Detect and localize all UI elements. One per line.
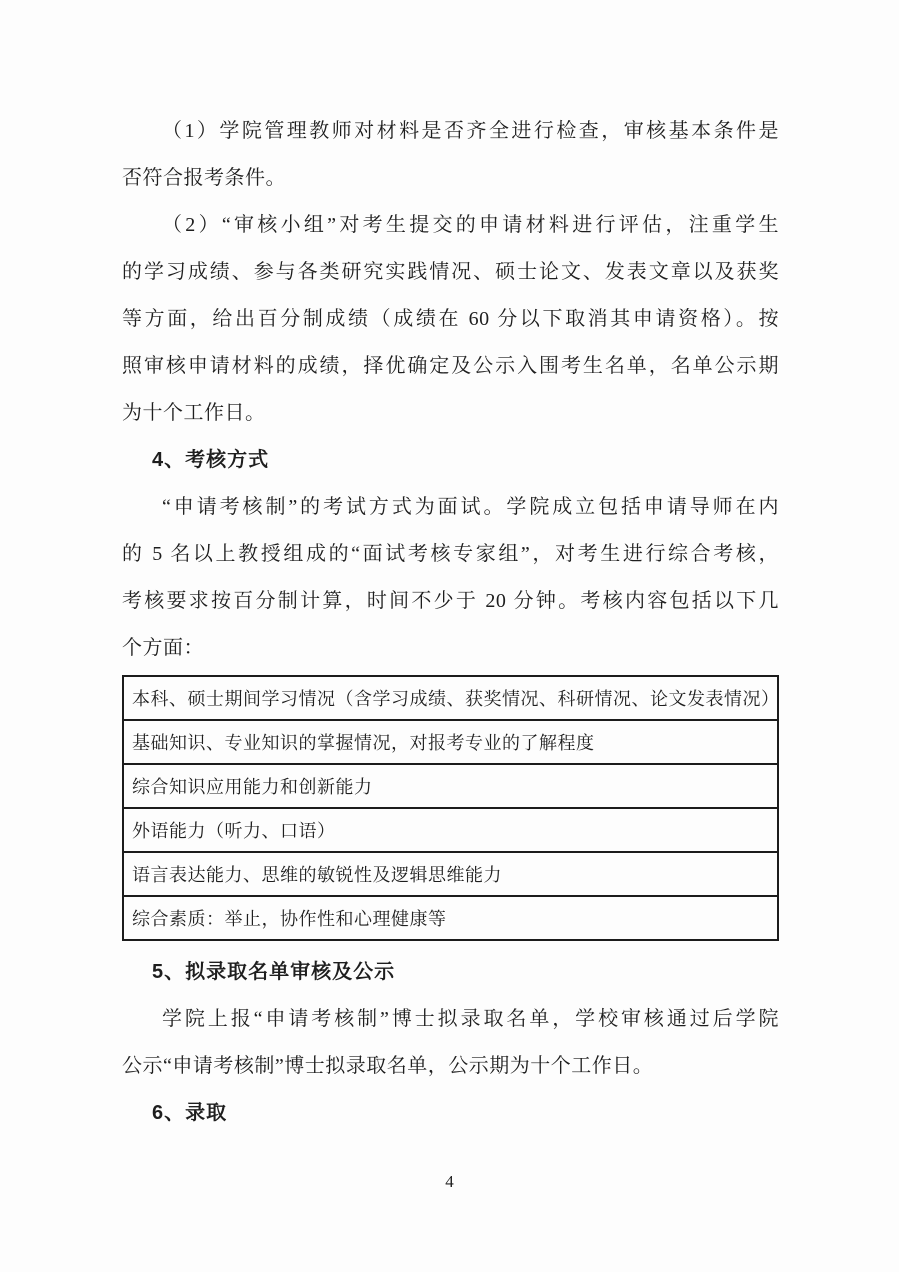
- table-cell: 外语能力（听力、口语）: [123, 808, 778, 852]
- table-cell: 语言表达能力、思维的敏锐性及逻辑思维能力: [123, 852, 778, 896]
- paragraph-1-line-1: （1）学院管理教师对材料是否齐全进行检查，审核基本条件是: [122, 108, 779, 155]
- table-cell: 综合素质：举止，协作性和心理健康等: [123, 896, 778, 940]
- section-heading-6: 6、录取: [122, 1090, 779, 1137]
- paragraph-3-line-2: 的 5 名以上教授组成的“面试考核专家组”，对考生进行综合考核，: [122, 531, 779, 578]
- section-heading-5: 5、拟录取名单审核及公示: [122, 949, 779, 996]
- table-cell: 本科、硕士期间学习情况（含学习成绩、获奖情况、科研情况、论文发表情况）: [123, 676, 778, 720]
- paragraph-2-line-2: 的学习成绩、参与各类研究实践情况、硕士论文、发表文章以及获奖: [122, 249, 779, 296]
- paragraph-2-line-1: （2）“审核小组”对考生提交的申请材料进行评估，注重学生: [122, 202, 779, 249]
- document-page: （1）学院管理教师对材料是否齐全进行检查，审核基本条件是 否符合报考条件。 （2…: [122, 108, 779, 1137]
- paragraph-3-line-3: 考核要求按百分制计算，时间不少于 20 分钟。考核内容包括以下几: [122, 578, 779, 625]
- table-row: 综合素质：举止，协作性和心理健康等: [123, 896, 778, 940]
- page-number: 4: [0, 1172, 899, 1192]
- table-row: 外语能力（听力、口语）: [123, 808, 778, 852]
- paragraph-4-line-2: 公示“申请考核制”博士拟录取名单，公示期为十个工作日。: [122, 1043, 779, 1090]
- paragraph-4-line-1: 学院上报“申请考核制”博士拟录取名单，学校审核通过后学院: [122, 996, 779, 1043]
- paragraph-2-line-3: 等方面，给出百分制成绩（成绩在 60 分以下取消其申请资格）。按: [122, 296, 779, 343]
- table-row: 本科、硕士期间学习情况（含学习成绩、获奖情况、科研情况、论文发表情况）: [123, 676, 778, 720]
- paragraph-1-line-2: 否符合报考条件。: [122, 155, 779, 202]
- paragraph-2-line-4: 照审核申请材料的成绩，择优确定及公示入围考生名单，名单公示期: [122, 343, 779, 390]
- assessment-criteria-table: 本科、硕士期间学习情况（含学习成绩、获奖情况、科研情况、论文发表情况） 基础知识…: [122, 675, 779, 941]
- table-cell: 基础知识、专业知识的掌握情况，对报考专业的了解程度: [123, 720, 778, 764]
- table-row: 语言表达能力、思维的敏锐性及逻辑思维能力: [123, 852, 778, 896]
- table-row: 综合知识应用能力和创新能力: [123, 764, 778, 808]
- section-heading-4: 4、考核方式: [122, 437, 779, 484]
- table-cell: 综合知识应用能力和创新能力: [123, 764, 778, 808]
- table-row: 基础知识、专业知识的掌握情况，对报考专业的了解程度: [123, 720, 778, 764]
- paragraph-2-line-5: 为十个工作日。: [122, 390, 779, 437]
- paragraph-3-line-4: 个方面：: [122, 625, 779, 672]
- paragraph-3-line-1: “申请考核制”的考试方式为面试。学院成立包括申请导师在内: [122, 484, 779, 531]
